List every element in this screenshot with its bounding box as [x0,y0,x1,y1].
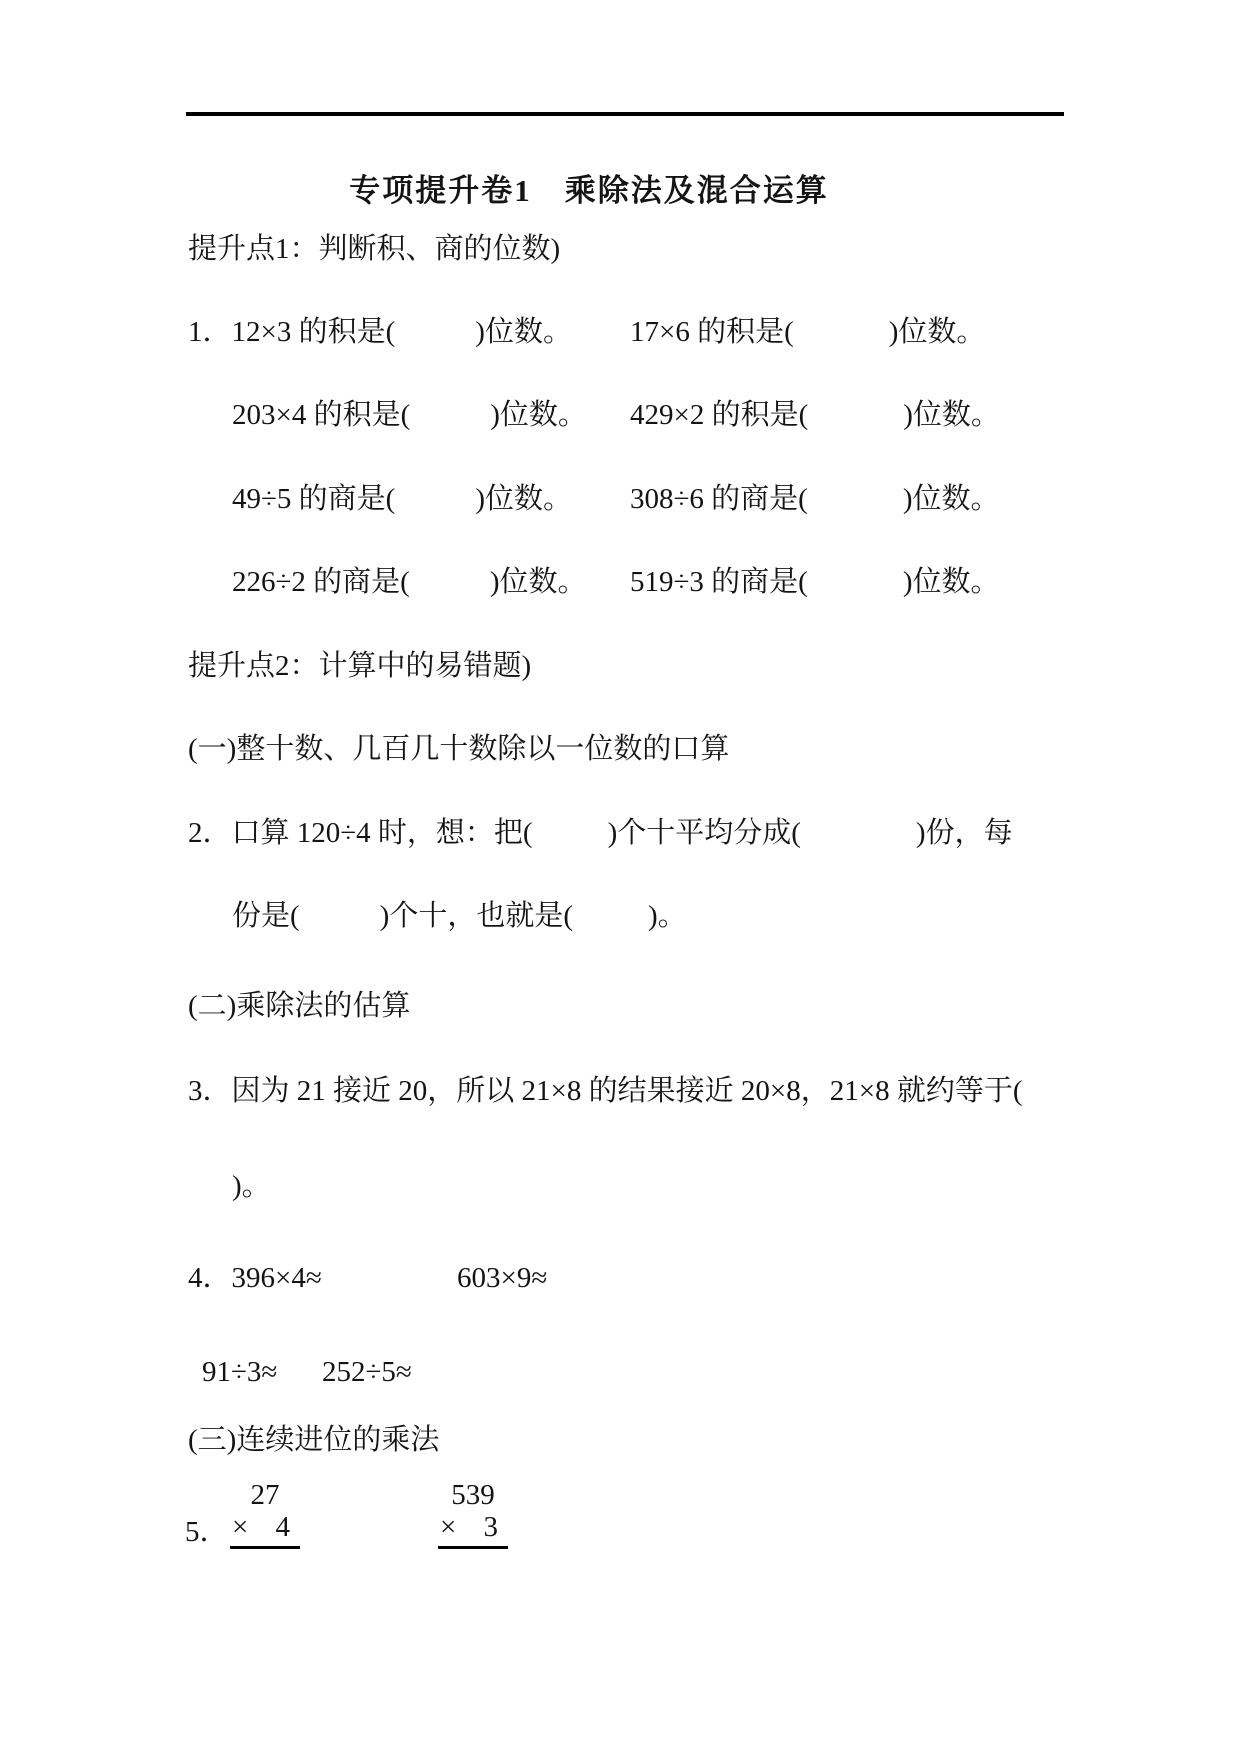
page-title: 专项提升卷1 乘除法及混合运算 [150,174,1028,208]
answer-blank [533,841,608,842]
q1-r4-left-pre: 226÷2 的商是( [232,566,410,598]
q1-r1-right-post: )位数。 [889,316,986,348]
q1-r1-left-post: )位数。 [475,316,572,348]
section-heading-point2: 提升点2：计算中的易错题) [188,650,531,682]
answer-blank [573,924,648,925]
worksheet-page: 专项提升卷1 乘除法及混合运算 提升点1：判断积、商的位数) 1．12×3 的积… [0,0,1241,1754]
q1-r1-right-pre: 17×6 的积是( [630,316,794,348]
answer-blank [808,507,903,508]
multiplier: 3 [484,1511,499,1543]
answer-blank [395,340,475,341]
answer-blank [808,590,903,591]
q1-row2-left: 203×4 的积是()位数。 [232,399,587,431]
section-heading-point1: 提升点1：判断积、商的位数) [188,233,560,265]
answer-blank [300,924,380,925]
q1-r4-left-post: )位数。 [490,566,587,598]
q5-problem-2: 539 ×3 [438,1479,508,1549]
q2-l1-seg3: )份，每 [916,817,1013,849]
answer-blank [794,340,889,341]
q5-number: 5． [185,1516,229,1548]
q1-row3-left: 49÷5 的商是()位数。 [232,483,572,515]
q2-l2-seg3: )。 [648,900,687,932]
multiplier-row: ×4 [230,1511,300,1549]
q1-row4-left: 226÷2 的商是()位数。 [232,566,587,598]
q1-r4-right-pre: 519÷3 的商是( [630,566,808,598]
q2-l1-seg1: 2．口算 120÷4 时，想：把( [188,817,533,849]
subsection-heading-2: (二)乘除法的估算 [188,990,410,1022]
q1-row2-right: 429×2 的积是()位数。 [630,399,1000,431]
q1-r3-left-pre: 49÷5 的商是( [232,483,395,515]
q1-r2-left-pre: 203×4 的积是( [232,399,410,431]
q5-problem-1: 27 ×4 [230,1479,300,1549]
q1-r2-right-post: )位数。 [903,399,1000,431]
q4-item-1: 4．396×4≈ [188,1262,322,1294]
q1-r2-left-post: )位数。 [490,399,587,431]
q1-r3-right-post: )位数。 [903,483,1000,515]
q1-row3-right: 308÷6 的商是()位数。 [630,483,1000,515]
q1-r3-right-pre: 308÷6 的商是( [630,483,808,515]
q1-row4-right: 519÷3 的商是()位数。 [630,566,1000,598]
q1-row1-right: 17×6 的积是()位数。 [630,316,985,348]
answer-blank [410,590,490,591]
answer-blank [395,507,475,508]
q3-line2: )。 [232,1170,271,1202]
multiply-sign: × [440,1511,456,1543]
q1-number: 1． [188,316,232,348]
q2-l2-seg2: )个十，也就是( [380,900,573,932]
header-rule [186,112,1064,116]
multiplicand: 27 [230,1479,300,1511]
q1-row1-left: 1．12×3 的积是()位数。 [188,316,572,348]
multiplier: 4 [276,1511,291,1543]
multiplicand: 539 [438,1479,508,1511]
q2-line1: 2．口算 120÷4 时，想：把()个十平均分成()份，每 [188,817,1013,849]
q2-l2-seg1: 份是( [232,900,300,932]
q1-r4-right-post: )位数。 [903,566,1000,598]
q1-r3-left-post: )位数。 [475,483,572,515]
multiplier-row: ×3 [438,1511,508,1549]
answer-blank [410,423,490,424]
q1-r1-left-pre: 12×3 的积是( [232,316,396,348]
q4-item-4: 252÷5≈ [322,1356,412,1388]
q4-item-2: 603×9≈ [457,1262,547,1294]
answer-blank [801,841,916,842]
answer-blank [808,423,903,424]
multiply-sign: × [232,1511,248,1543]
q2-l1-seg2: )个十平均分成( [608,817,801,849]
q4-item-3: 91÷3≈ [202,1356,277,1388]
q1-r2-right-pre: 429×2 的积是( [630,399,808,431]
q2-line2: 份是()个十，也就是()。 [232,900,687,932]
q3-line1: 3．因为 21 接近 20，所以 21×8 的结果接近 20×8，21×8 就约… [188,1075,1022,1107]
subsection-heading-3: (三)连续进位的乘法 [188,1424,439,1456]
subsection-heading-1: (一)整十数、几百几十数除以一位数的口算 [188,733,729,765]
